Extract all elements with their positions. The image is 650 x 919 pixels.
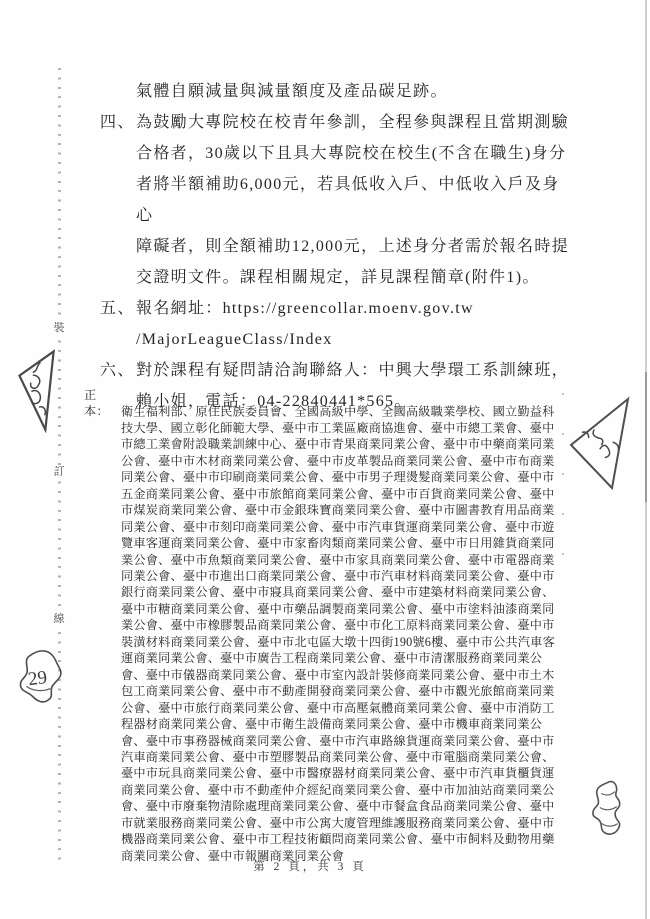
binding-label-ding: 訂 xyxy=(51,465,67,479)
received-stamp-triangle-right xyxy=(566,394,632,492)
item-number: 四、 xyxy=(100,107,136,138)
paragraph-text: 氣體自願減量與減量額度及產品碳足跡。 xyxy=(136,83,448,100)
binding-label-xian: 線 xyxy=(51,612,67,626)
paragraph-continuation: 氣體自願減量與減量額度及產品碳足跡。 xyxy=(100,76,573,107)
distribution-text: 衛生福利部、原住民族委員會、全國高級中學、全國高級職業學校、國立勤益科 技大學、… xyxy=(121,404,555,862)
page-footer: 第 2 頁，共 3 頁 xyxy=(0,858,620,874)
binding-label-zhuang: 裝 xyxy=(51,321,67,335)
distribution-list: 正本：衛生福利部、原住民族委員會、全國高級中學、全國高級職業學校、國立勤益科 技… xyxy=(84,387,608,864)
stamp-number-text: 29 xyxy=(27,667,48,690)
handwritten-number-stamp: 29 xyxy=(14,646,65,706)
ink-scribble-mark xyxy=(586,778,633,844)
scanned-document-page: 裝 訂 線 氣體自願減量與減量額度及產品碳足跡。 四、為鼓勵大專院校在校青年參訓… xyxy=(0,0,650,919)
item-number: 六、 xyxy=(100,355,136,386)
scan-edge-line-dark-segment xyxy=(645,372,647,502)
paragraph-item-4: 四、為鼓勵大專院校在校青年參訓，全程參與課程且當期測驗 合格者，30歲以下且具大… xyxy=(100,107,573,293)
distribution-label: 正本： xyxy=(84,387,121,420)
paragraph-item-5-registration-url: 五、報名網址：https://greencollar.moenv.gov.tw … xyxy=(100,293,573,355)
received-stamp-triangle-left xyxy=(16,348,61,433)
item-number: 五、 xyxy=(100,293,136,324)
document-body: 氣體自願減量與減量額度及產品碳足跡。 四、為鼓勵大專院校在校青年參訓，全程參與課… xyxy=(100,76,573,417)
paragraph-text: 報名網址：https://greencollar.moenv.gov.tw /M… xyxy=(136,300,474,348)
paragraph-text: 為鼓勵大專院校在校青年參訓，全程參與課程且當期測驗 合格者，30歲以下且具大專院… xyxy=(136,114,569,286)
